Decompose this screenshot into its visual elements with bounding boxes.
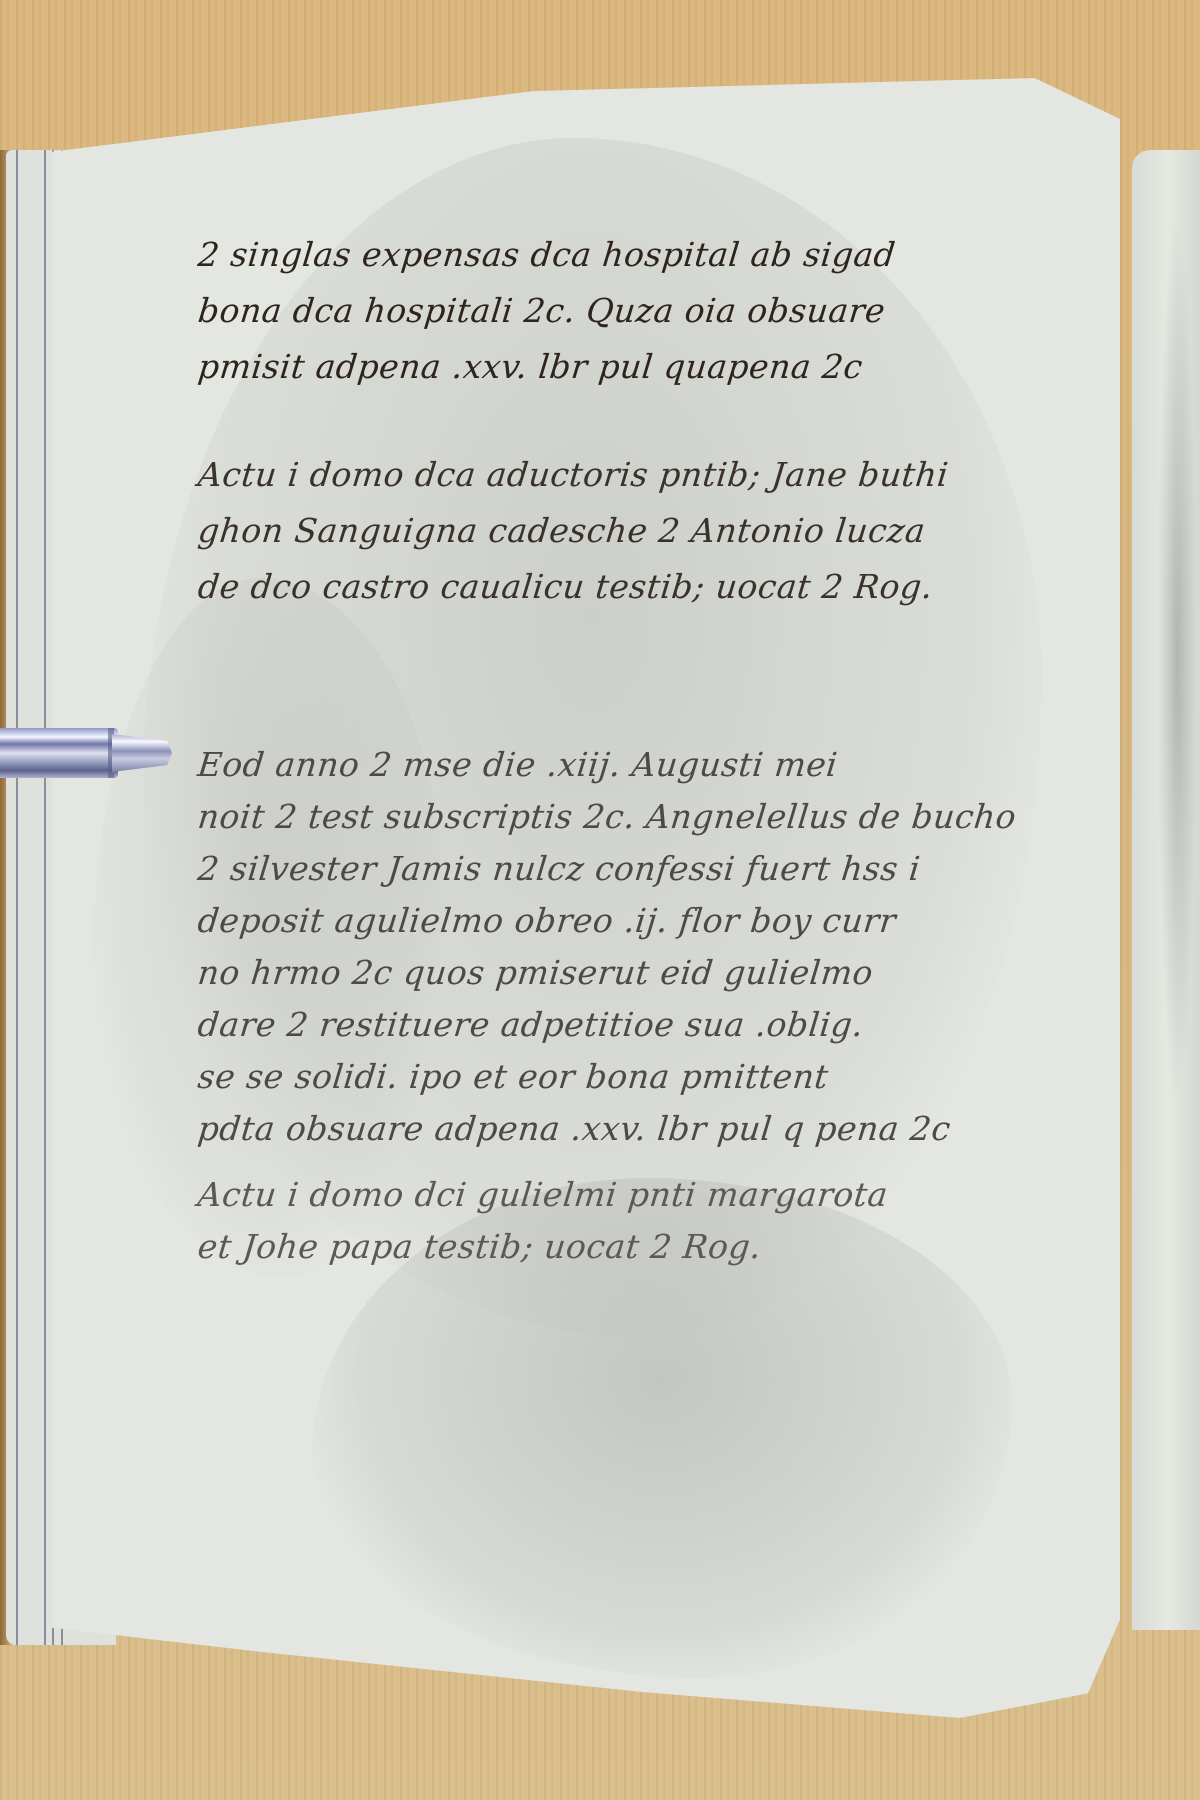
manuscript-line: bona dca hospitali 2c. Quza oia obsuare [194, 294, 1068, 350]
manuscript-line: de dco castro caualicu testib; uocat 2 R… [194, 570, 1068, 626]
manuscript-line: pmisit adpena .xxv. lbr pul quapena 2c [194, 350, 1068, 406]
paragraph-3: Eod anno 2 mse die .xiij. Augusti mei no… [197, 748, 1065, 1164]
manuscript-page: 2 singlas expensas dca hospital ab sigad… [52, 78, 1120, 1718]
paragraph-4: Actu i domo dci gulielmi pnti margarota … [197, 1178, 1065, 1282]
pen-body [0, 728, 118, 778]
facing-page [1132, 150, 1200, 1630]
manuscript-photo: 2 singlas expensas dca hospital ab sigad… [0, 0, 1200, 1800]
manuscript-line: se se solidi. ipo et eor bona pmittent [194, 1060, 1067, 1112]
manuscript-line: Actu i domo dca aductoris pntib; Jane bu… [194, 458, 1068, 514]
page-edge-line [44, 150, 46, 1645]
pen-tip [112, 734, 172, 772]
manuscript-line: dare 2 restituere adpetitioe sua .oblig. [194, 1008, 1067, 1060]
pen [0, 722, 172, 784]
manuscript-line: et Johe papa testib; uocat 2 Rog. [194, 1230, 1067, 1282]
manuscript-line: Actu i domo dci gulielmi pnti margarota [194, 1178, 1067, 1230]
manuscript-line: pdta obsuare adpena .xxv. lbr pul q pena… [194, 1112, 1067, 1164]
page-edge-line [16, 150, 18, 1645]
manuscript-line: no hrmo 2c quos pmiserut eid gulielmo [194, 956, 1067, 1008]
manuscript-line: deposit agulielmo obreo .ij. flor boy cu… [194, 904, 1067, 956]
manuscript-line: ghon Sanguigna cadesche 2 Antonio lucza [194, 514, 1068, 570]
manuscript-line: Eod anno 2 mse die .xiij. Augusti mei [194, 748, 1067, 800]
manuscript-line: 2 silvester Jamis nulcz confessi fuert h… [194, 852, 1067, 904]
paragraph-2: Actu i domo dca aductoris pntib; Jane bu… [197, 458, 1065, 626]
paragraph-1: 2 singlas expensas dca hospital ab sigad… [197, 238, 1065, 406]
manuscript-line: noit 2 test subscriptis 2c. Angnelellus … [194, 800, 1067, 852]
manuscript-line: 2 singlas expensas dca hospital ab sigad [194, 238, 1068, 294]
